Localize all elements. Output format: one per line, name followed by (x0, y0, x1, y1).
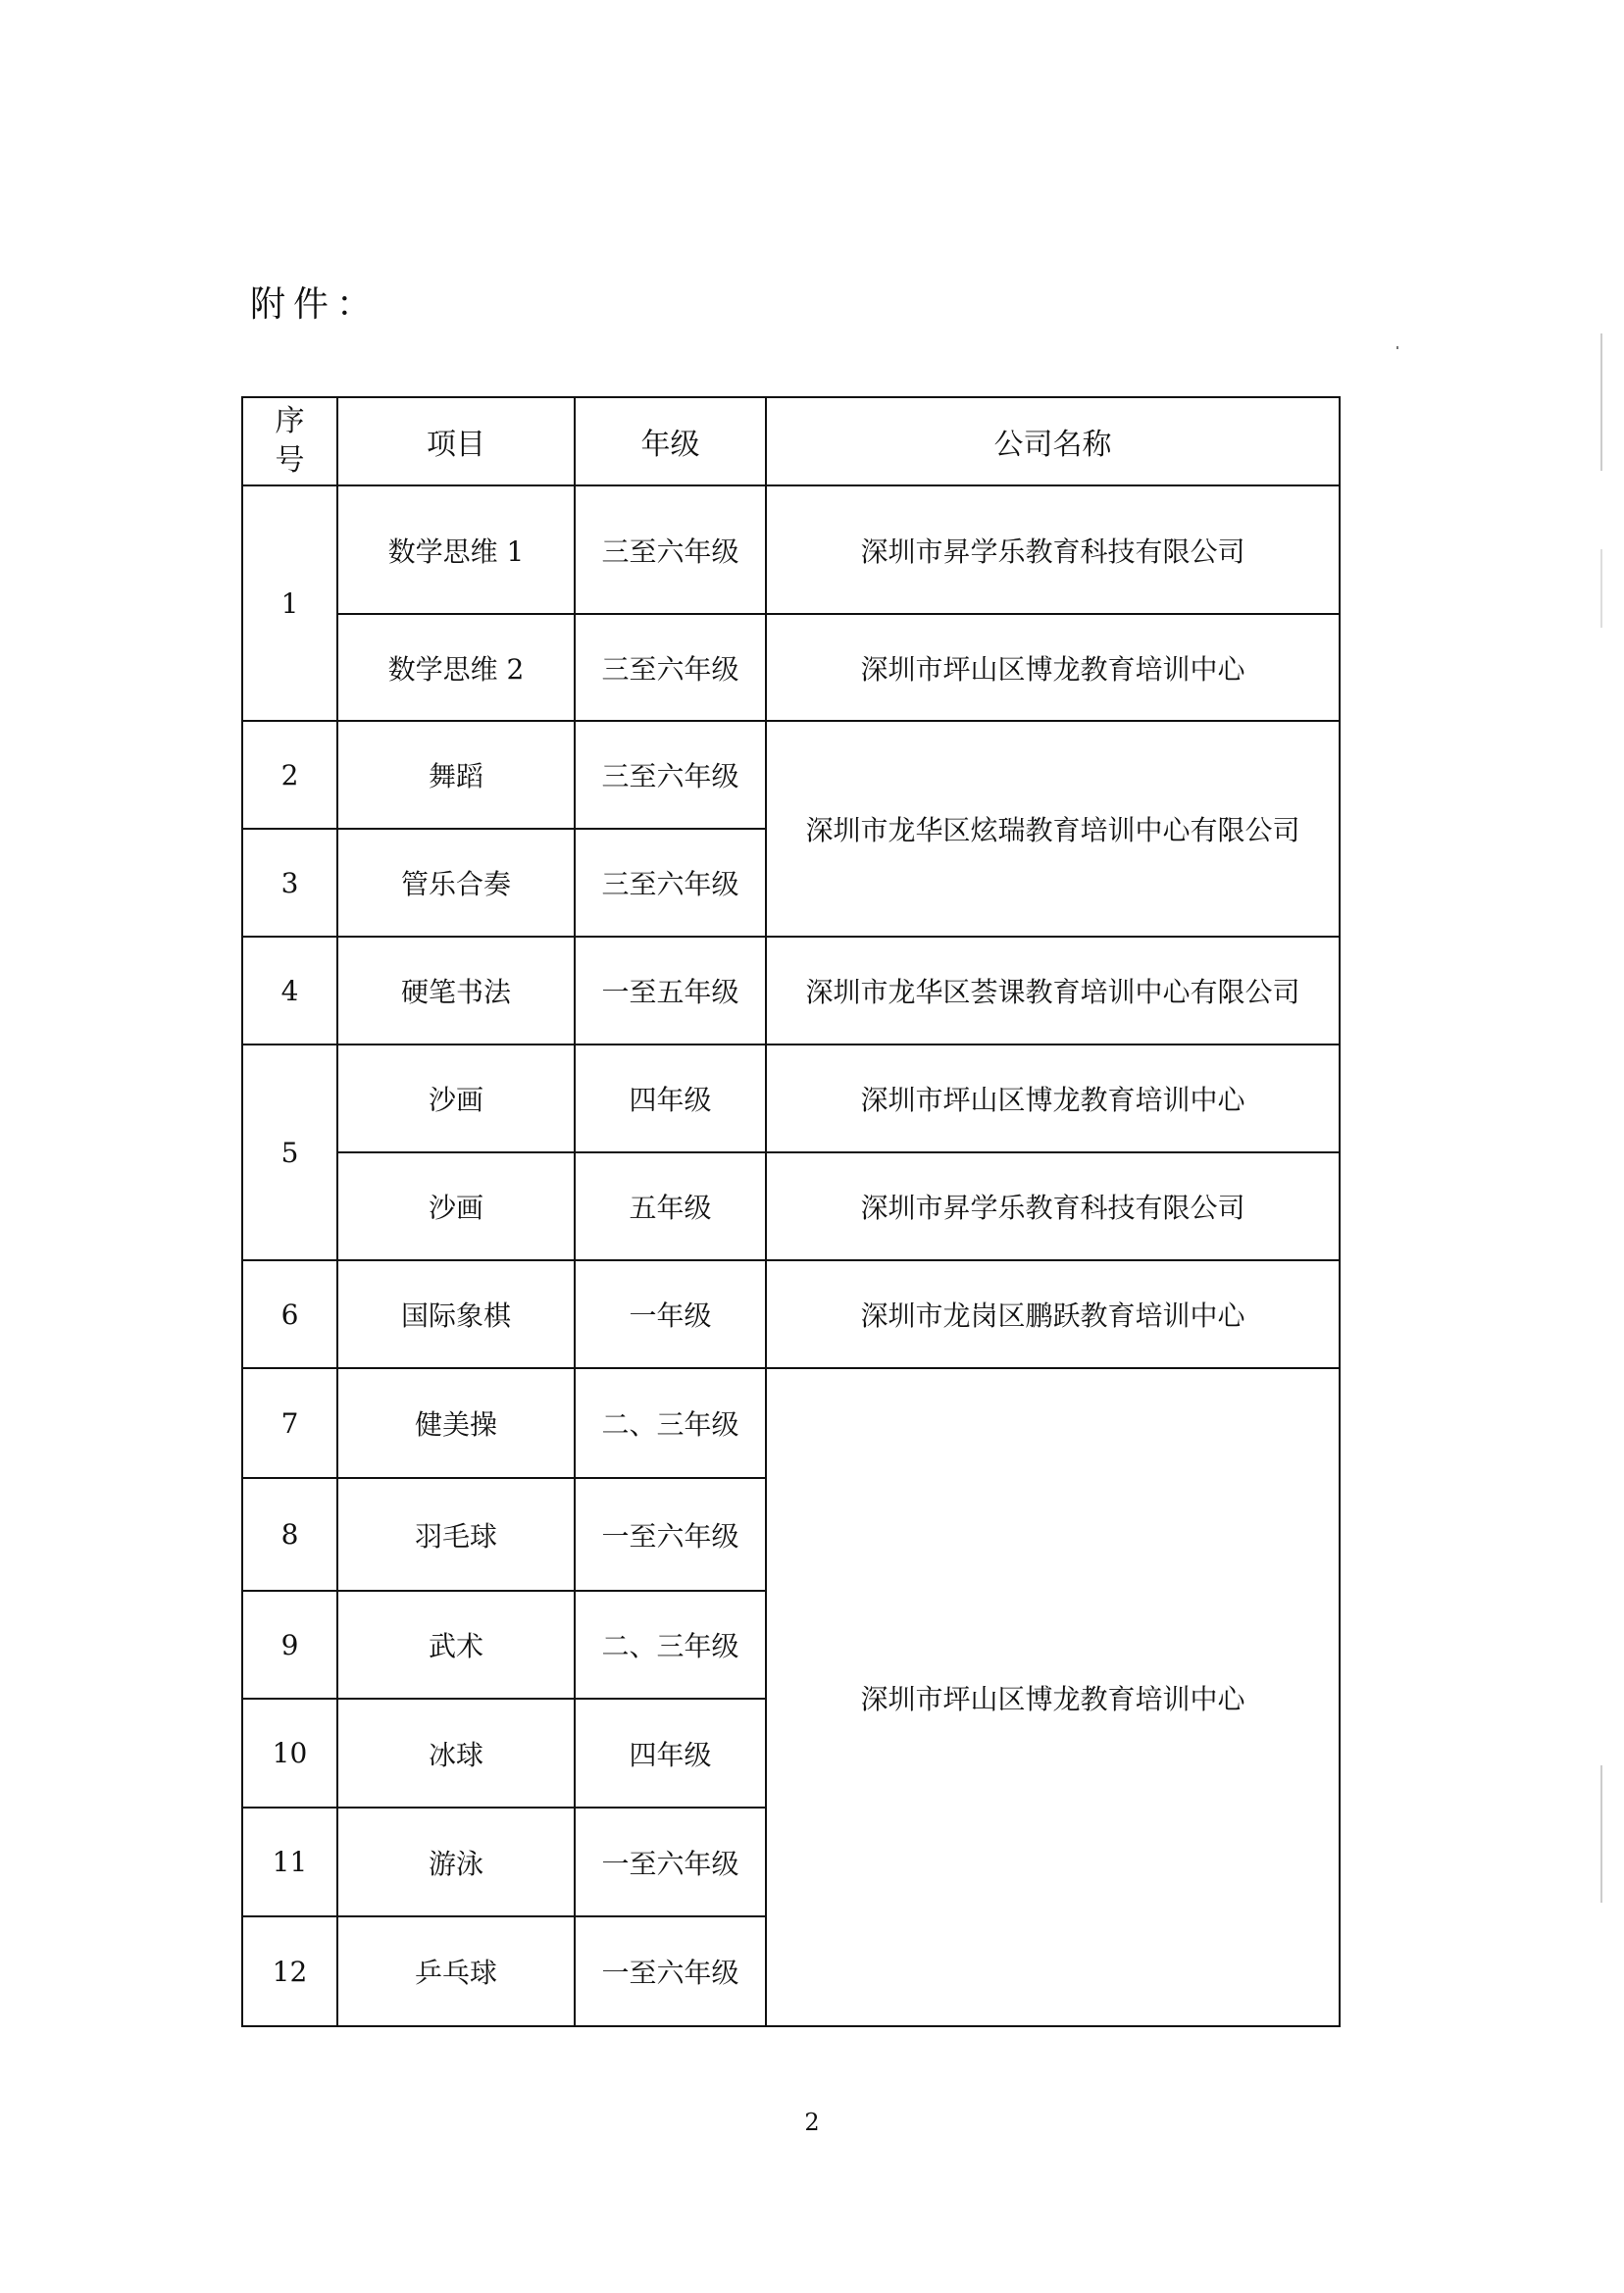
project-cell: 舞蹈 (337, 721, 575, 829)
table-row: 4 硬笔书法 一至五年级 深圳市龙华区荟课教育培训中心有限公司 (242, 937, 1340, 1045)
seq-cell: 5 (242, 1045, 337, 1260)
page-number: 2 (0, 2109, 1624, 2136)
seq-cell: 11 (242, 1808, 337, 1916)
table-row: 5 沙画 四年级 深圳市坪山区博龙教育培训中心 (242, 1045, 1340, 1152)
table-header-row: 序号 项目 年级 公司名称 (242, 397, 1340, 485)
header-company: 公司名称 (766, 397, 1340, 485)
grade-cell: 三至六年级 (575, 829, 766, 937)
project-cell: 健美操 (337, 1368, 575, 1478)
course-provider-table: 序号 项目 年级 公司名称 1 数学思维 1 三至六年级 深圳市昇学乐教育科技有… (241, 396, 1341, 2027)
table-row: 2 舞蹈 三至六年级 深圳市龙华区炫瑞教育培训中心有限公司 (242, 721, 1340, 829)
table-row: 数学思维 2 三至六年级 深圳市坪山区博龙教育培训中心 (242, 614, 1340, 721)
company-cell: 深圳市龙华区荟课教育培训中心有限公司 (766, 937, 1340, 1045)
company-cell: 深圳市龙岗区鹏跃教育培训中心 (766, 1260, 1340, 1368)
table-row: 6 国际象棋 一年级 深圳市龙岗区鹏跃教育培训中心 (242, 1260, 1340, 1368)
seq-cell: 3 (242, 829, 337, 937)
grade-cell: 一年级 (575, 1260, 766, 1368)
project-cell: 硬笔书法 (337, 937, 575, 1045)
table-row: 7 健美操 二、三年级 深圳市坪山区博龙教育培训中心 (242, 1368, 1340, 1478)
grade-cell: 三至六年级 (575, 721, 766, 829)
grade-cell: 三至六年级 (575, 485, 766, 614)
seq-cell: 2 (242, 721, 337, 829)
project-cell: 管乐合奏 (337, 829, 575, 937)
grade-cell: 五年级 (575, 1152, 766, 1260)
attachment-title: 附件： (250, 277, 380, 327)
table-row: 沙画 五年级 深圳市昇学乐教育科技有限公司 (242, 1152, 1340, 1260)
grade-cell: 一至五年级 (575, 937, 766, 1045)
grade-cell: 一至六年级 (575, 1916, 766, 2026)
scan-artifact (1600, 1765, 1602, 1903)
company-cell: 深圳市坪山区博龙教育培训中心 (766, 1045, 1340, 1152)
grade-cell: 二、三年级 (575, 1368, 766, 1478)
grade-cell: 一至六年级 (575, 1808, 766, 1916)
table-row: 1 数学思维 1 三至六年级 深圳市昇学乐教育科技有限公司 (242, 485, 1340, 614)
company-cell: 深圳市坪山区博龙教育培训中心 (766, 614, 1340, 721)
project-cell: 沙画 (337, 1152, 575, 1260)
scan-artifact (1600, 333, 1602, 471)
scan-artifact (1600, 549, 1602, 628)
grade-cell: 三至六年级 (575, 614, 766, 721)
header-grade: 年级 (575, 397, 766, 485)
grade-cell: 一至六年级 (575, 1478, 766, 1591)
company-cell: 深圳市昇学乐教育科技有限公司 (766, 1152, 1340, 1260)
project-cell: 冰球 (337, 1699, 575, 1808)
seq-cell: 10 (242, 1699, 337, 1808)
project-cell: 数学思维 1 (337, 485, 575, 614)
seq-cell: 4 (242, 937, 337, 1045)
seq-cell: 1 (242, 485, 337, 721)
grade-cell: 四年级 (575, 1045, 766, 1152)
header-seq: 序号 (242, 397, 337, 485)
company-cell: 深圳市昇学乐教育科技有限公司 (766, 485, 1340, 614)
project-cell: 国际象棋 (337, 1260, 575, 1368)
company-cell: 深圳市坪山区博龙教育培训中心 (766, 1368, 1340, 2026)
company-cell: 深圳市龙华区炫瑞教育培训中心有限公司 (766, 721, 1340, 937)
project-cell: 羽毛球 (337, 1478, 575, 1591)
grade-cell: 四年级 (575, 1699, 766, 1808)
header-project: 项目 (337, 397, 575, 485)
project-cell: 乒乓球 (337, 1916, 575, 2026)
seq-cell: 9 (242, 1591, 337, 1699)
grade-cell: 二、三年级 (575, 1591, 766, 1699)
scan-artifact (1396, 346, 1398, 349)
project-cell: 数学思维 2 (337, 614, 575, 721)
seq-cell: 8 (242, 1478, 337, 1591)
seq-cell: 12 (242, 1916, 337, 2026)
project-cell: 游泳 (337, 1808, 575, 1916)
seq-cell: 7 (242, 1368, 337, 1478)
project-cell: 武术 (337, 1591, 575, 1699)
project-cell: 沙画 (337, 1045, 575, 1152)
seq-cell: 6 (242, 1260, 337, 1368)
